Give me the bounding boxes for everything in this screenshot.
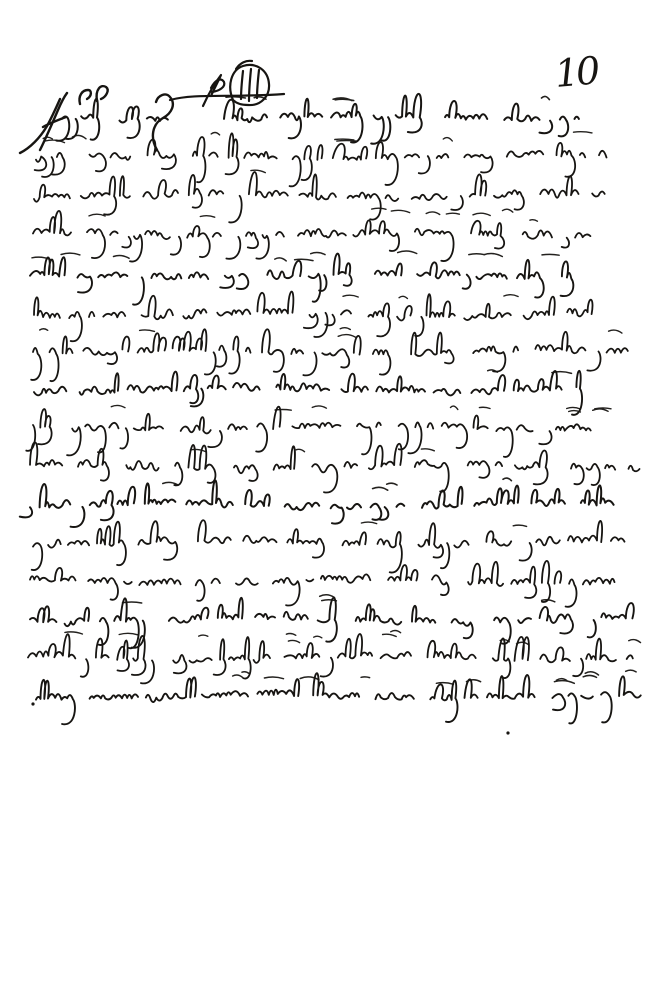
page-number: 10 [553,48,601,96]
handwriting-svg: 10 [0,0,652,992]
header-monogram-mark [170,61,284,106]
ink-dots [31,702,509,734]
handwriting-lines [20,94,641,724]
manuscript-page: 10 [0,0,652,992]
